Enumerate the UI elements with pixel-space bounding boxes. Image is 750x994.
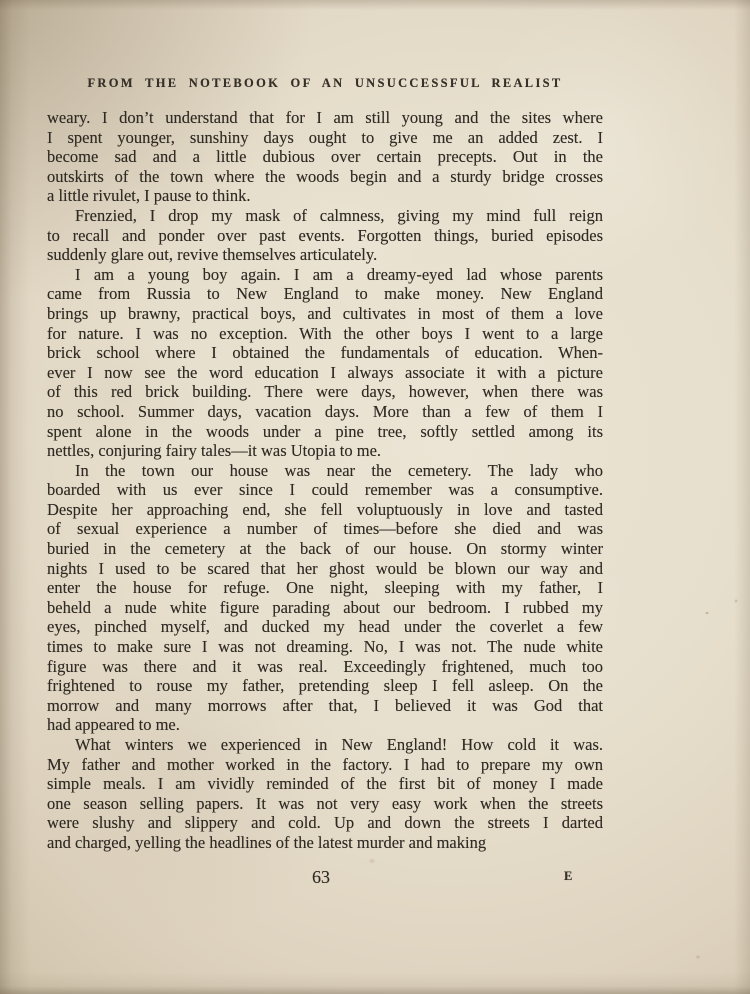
text-line: were slushy and slippery and cold. Up an…	[47, 813, 603, 833]
text-line: beheld a nude white figure parading abou…	[47, 598, 603, 618]
text-line: suddenly glare out, revive themselves ar…	[47, 245, 603, 265]
text-line: for nature. I was no exception. With the…	[47, 324, 603, 344]
text-line: came from Russia to New England to make …	[47, 284, 603, 304]
text-line: brings up brawny, practical boys, and cu…	[47, 304, 603, 324]
scanned-book-page: FROM THE NOTEBOOK OF AN UNSUCCESSFUL REA…	[0, 0, 750, 994]
text-line: brick school where I obtained the fundam…	[47, 343, 603, 363]
text-line: a little rivulet, I pause to think.	[47, 186, 603, 206]
text-line: outskirts of the town where the woods be…	[47, 167, 603, 187]
paragraph: I am a young boy again. I am a dreamy-ey…	[47, 265, 603, 461]
text-line: nettles, conjuring fairy tales—it was Ut…	[47, 441, 603, 461]
text-line: In the town our house was near the cemet…	[47, 461, 603, 481]
running-head: FROM THE NOTEBOOK OF AN UNSUCCESSFUL REA…	[47, 76, 603, 91]
paragraph: weary. I don’t understand that for I am …	[47, 108, 603, 206]
text-line: of this red brick building. There were d…	[47, 382, 603, 402]
text-line: Despite her approaching end, she fell vo…	[47, 500, 603, 520]
text-line: boarded with us ever since I could remem…	[47, 480, 603, 500]
page-number: 63	[291, 867, 351, 888]
text-line: What winters we experienced in New Engla…	[47, 735, 603, 755]
text-block: weary. I don’t understand that for I am …	[47, 108, 603, 853]
text-line: I spent younger, sunshiny days ought to …	[47, 128, 603, 148]
text-line: morrow and many morrows after that, I be…	[47, 696, 603, 716]
text-line: I am a young boy again. I am a dreamy-ey…	[47, 265, 603, 285]
text-line: buried in the cemetery at the back of ou…	[47, 539, 603, 559]
printers-signature-letter: E	[564, 869, 573, 884]
paragraph: What winters we experienced in New Engla…	[47, 735, 603, 853]
text-line: of sexual experience a number of times—b…	[47, 519, 603, 539]
text-line: nights I used to be scared that her ghos…	[47, 559, 603, 579]
text-line: ever I now see the word education I alwa…	[47, 363, 603, 383]
text-line: spent alone in the woods under a pine tr…	[47, 422, 603, 442]
text-line: had appeared to me.	[47, 715, 603, 735]
text-line: weary. I don’t understand that for I am …	[47, 108, 603, 128]
text-line: Frenzied, I drop my mask of calmness, gi…	[47, 206, 603, 226]
text-line: one season selling papers. It was not ve…	[47, 794, 603, 814]
text-line: no school. Summer days, vacation days. M…	[47, 402, 603, 422]
paragraph: In the town our house was near the cemet…	[47, 461, 603, 735]
text-line: simple meals. I am vividly reminded of t…	[47, 774, 603, 794]
text-line: and charged, yelling the headlines of th…	[47, 833, 603, 853]
text-line: times to make sure I was not dreaming. N…	[47, 637, 603, 657]
text-line: frightened to rouse my father, pretendin…	[47, 676, 603, 696]
text-line: figure was there and it was real. Exceed…	[47, 657, 603, 677]
text-line: become sad and a little dubious over cer…	[47, 147, 603, 167]
text-line: enter the house for refuge. One night, s…	[47, 578, 603, 598]
paragraph: Frenzied, I drop my mask of calmness, gi…	[47, 206, 603, 265]
text-line: My father and mother worked in the facto…	[47, 755, 603, 775]
text-line: to recall and ponder over past events. F…	[47, 226, 603, 246]
text-line: eyes, pinched myself, and ducked my head…	[47, 617, 603, 637]
